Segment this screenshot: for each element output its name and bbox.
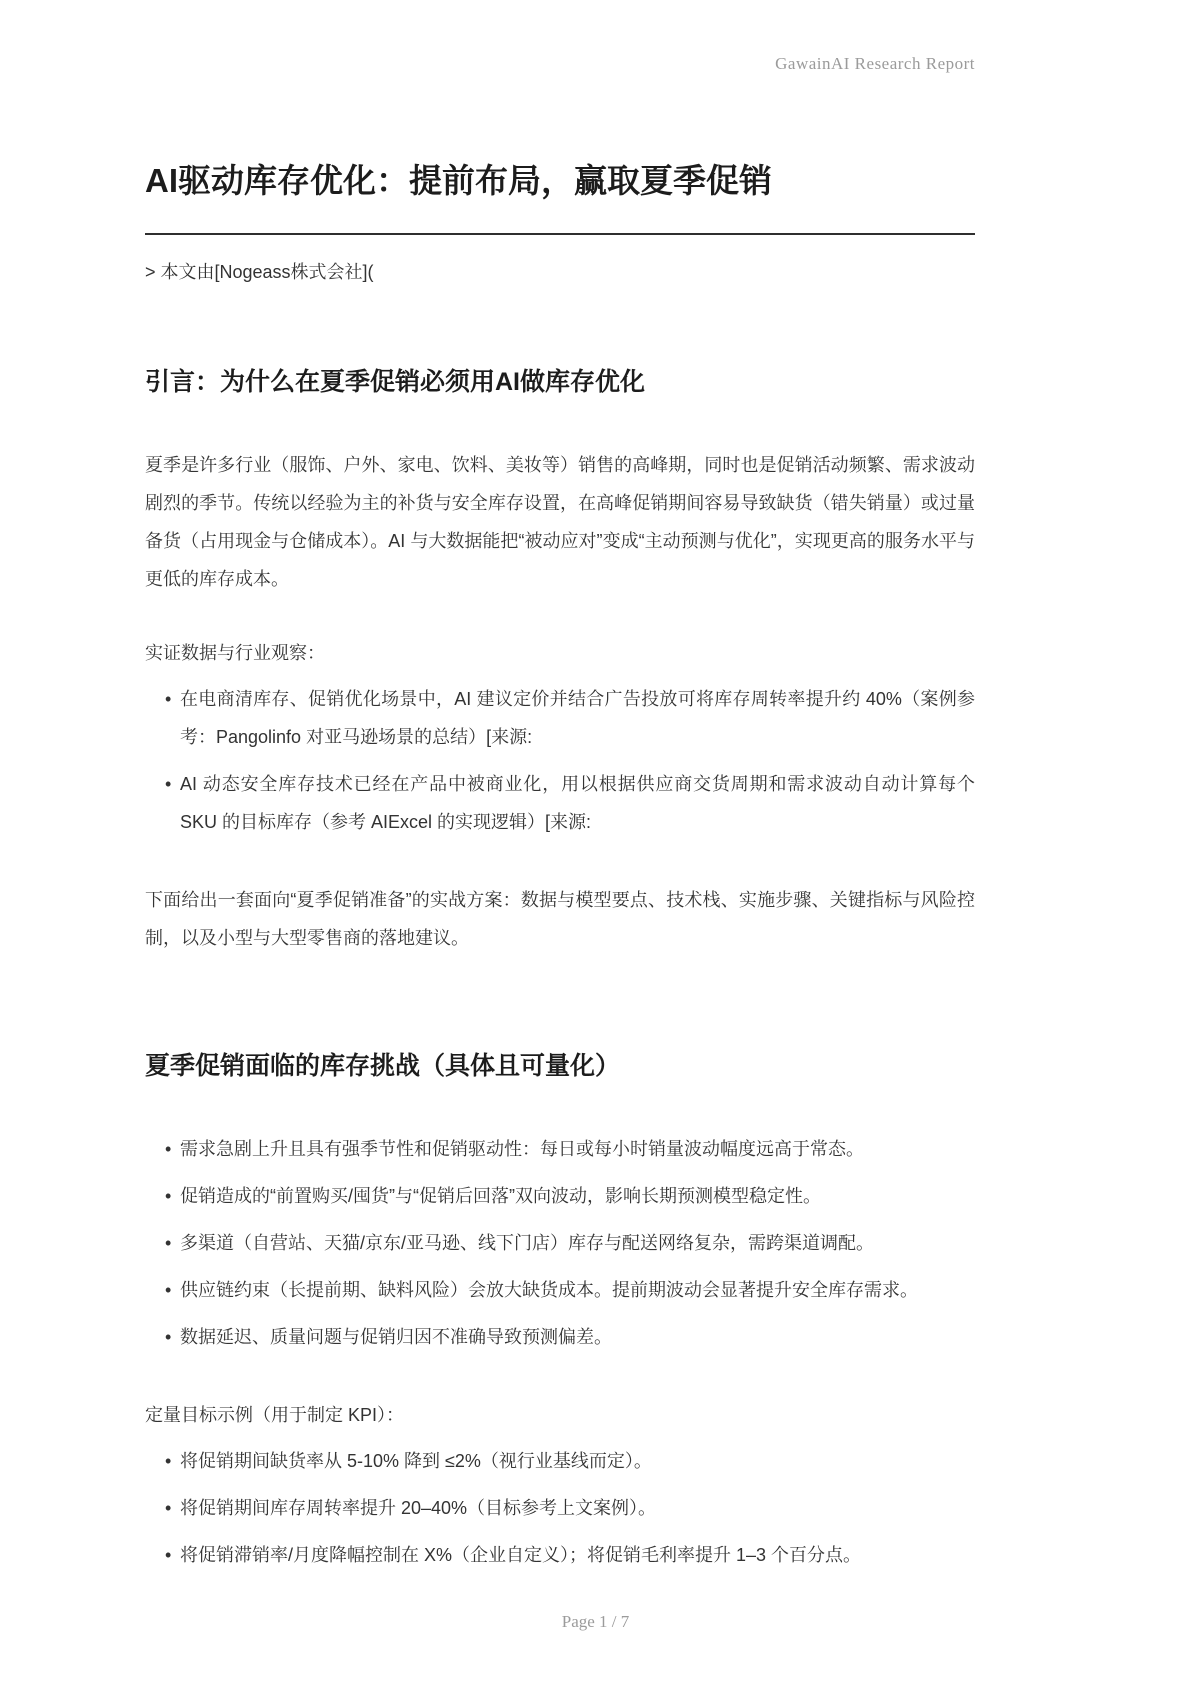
list-item: 将促销滞销率/月度降幅控制在 X%（企业自定义）；将促销毛利率提升 1–3 个百… <box>165 1536 975 1574</box>
observations-list: 在电商清库存、促销优化场景中，AI 建议定价并结合广告投放可将库存周转率提升约 … <box>145 680 975 841</box>
kpi-list: 将促销期间缺货率从 5-10% 降到 ≤2%（视行业基线而定）。 将促销期间库存… <box>145 1442 975 1574</box>
list-item: 供应链约束（长提前期、缺料风险）会放大缺货成本。提前期波动会显著提升安全库存需求… <box>165 1271 975 1309</box>
list-item: 多渠道（自营站、天猫/京东/亚马逊、线下门店）库存与配送网络复杂，需跨渠道调配。 <box>165 1224 975 1262</box>
document-title: AI驱动库存优化：提前布局，赢取夏季促销 <box>145 160 975 203</box>
list-item: 将促销期间库存周转率提升 20–40%（目标参考上文案例）。 <box>165 1489 975 1527</box>
intro-paragraph-2: 下面给出一套面向“夏季促销准备”的实战方案：数据与模型要点、技术栈、实施步骤、关… <box>145 881 975 957</box>
list-item: 数据延迟、质量问题与促销归因不准确导致预测偏差。 <box>165 1318 975 1356</box>
challenges-list: 需求急剧上升且具有强季节性和促销驱动性：每日或每小时销量波动幅度远高于常态。 促… <box>145 1130 975 1356</box>
report-header-label: GawainAI Research Report <box>145 54 975 74</box>
intro-paragraph-1: 夏季是许多行业（服饰、户外、家电、饮料、美妆等）销售的高峰期，同时也是促销活动频… <box>145 446 975 598</box>
list-item: 需求急剧上升且具有强季节性和促销驱动性：每日或每小时销量波动幅度远高于常态。 <box>165 1130 975 1168</box>
title-divider <box>145 233 975 235</box>
list-item: 将促销期间缺货率从 5-10% 降到 ≤2%（视行业基线而定）。 <box>165 1442 975 1480</box>
list-item: 在电商清库存、促销优化场景中，AI 建议定价并结合广告投放可将库存周转率提升约 … <box>165 680 975 756</box>
document-page: GawainAI Research Report AI驱动库存优化：提前布局，赢… <box>0 0 1191 1684</box>
observations-lead: 实证数据与行业观察： <box>145 634 975 672</box>
section-heading-challenges: 夏季促销面临的库存挑战（具体且可量化） <box>145 1049 975 1084</box>
document-content: AI驱动库存优化：提前布局，赢取夏季促销 > 本文由[Nogeass株式会社](… <box>145 160 975 1614</box>
list-item: 促销造成的“前置购买/囤货”与“促销后回落”双向波动，影响长期预测模型稳定性。 <box>165 1177 975 1215</box>
section-spacer <box>145 993 975 1049</box>
byline-blockquote: > 本文由[Nogeass株式会社]( <box>145 257 975 287</box>
section-heading-intro: 引言：为什么在夏季促销必须用AI做库存优化 <box>145 365 975 400</box>
page-number: Page 1 / 7 <box>0 1612 1191 1632</box>
list-item: AI 动态安全库存技术已经在产品中被商业化，用以根据供应商交货周期和需求波动自动… <box>165 765 975 841</box>
kpi-lead: 定量目标示例（用于制定 KPI）： <box>145 1396 975 1434</box>
